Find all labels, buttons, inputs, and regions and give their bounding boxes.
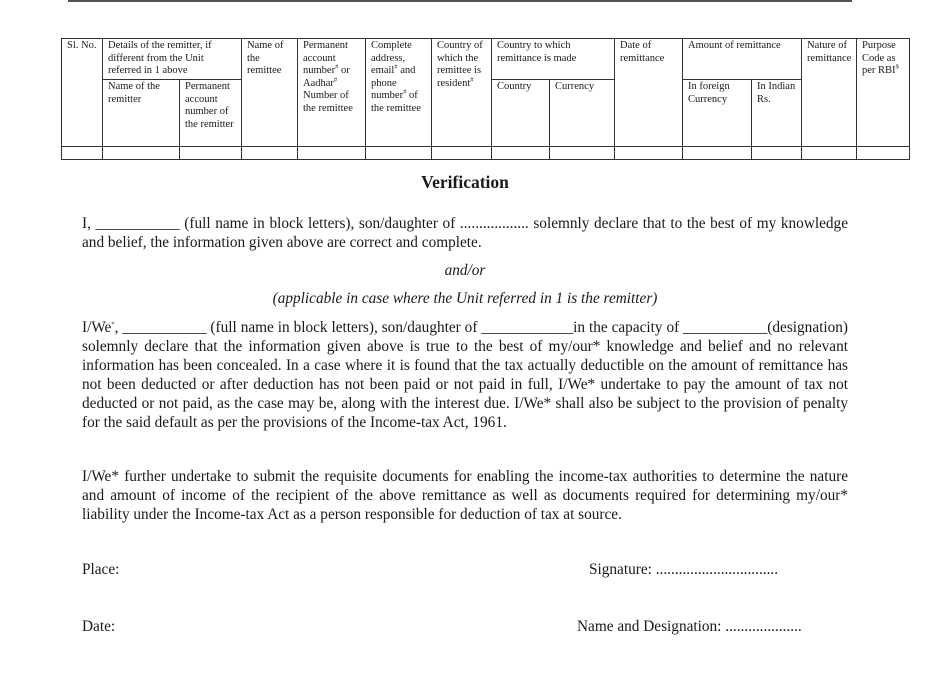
cell-foreign-amount[interactable]: [683, 147, 752, 160]
header-sl-no: Sl. No.: [62, 39, 103, 147]
header-remitter-details: Details of the remitter, if different fr…: [103, 39, 242, 80]
header-country: Country: [492, 80, 550, 147]
date-label: Date:: [82, 618, 115, 636]
applicable-note: (applicable in case where the Unit refer…: [0, 290, 930, 308]
cell-remittee-pan[interactable]: [298, 147, 366, 160]
header-remittee-address: Complete address, email# and phone numbe…: [366, 39, 432, 147]
cell-date[interactable]: [615, 147, 683, 160]
header-currency: Currency: [550, 80, 615, 147]
cell-resident-country[interactable]: [432, 147, 492, 160]
cell-nature[interactable]: [802, 147, 857, 160]
cell-indian-amount[interactable]: [752, 147, 802, 160]
header-nature: Nature of remittance: [802, 39, 857, 147]
verification-title: Verification: [0, 172, 930, 193]
header-remitter-name: Name of the remitter: [103, 80, 180, 147]
header-purpose-code: Purpose Code as per RBI$: [857, 39, 910, 147]
declaration-paragraph-unit: I/We*, ___________ (full name in block l…: [82, 318, 848, 432]
cell-currency[interactable]: [550, 147, 615, 160]
signature-field[interactable]: Signature: .............................…: [589, 561, 778, 579]
declaration-paragraph-individual: I, ___________ (full name in block lette…: [82, 214, 848, 252]
header-remitter-pan: Permanent account number of the remitter: [180, 80, 242, 147]
header-date: Date of remittance: [615, 39, 683, 147]
cell-remittee-address[interactable]: [366, 147, 432, 160]
header-amount: Amount of remittance: [683, 39, 802, 80]
table-row: [62, 147, 910, 160]
header-resident-country: Country of which the remittee is residen…: [432, 39, 492, 147]
cell-remitter-name[interactable]: [103, 147, 180, 160]
cell-country[interactable]: [492, 147, 550, 160]
cell-remitter-pan[interactable]: [180, 147, 242, 160]
top-rule: [68, 0, 852, 2]
and-or-label: and/or: [0, 262, 930, 280]
header-foreign-currency: In foreign Currency: [683, 80, 752, 147]
cell-remittee-name[interactable]: [242, 147, 298, 160]
header-country-to: Country to which remittance is made: [492, 39, 615, 80]
name-designation-field[interactable]: Name and Designation: ..................…: [577, 618, 802, 636]
header-remittee-name: Name of the remittee: [242, 39, 298, 147]
header-remittee-pan: Permanent account number# or Aadhar# Num…: [298, 39, 366, 147]
cell-purpose-code[interactable]: [857, 147, 910, 160]
undertaking-paragraph: I/We* further undertake to submit the re…: [82, 467, 848, 524]
remittance-table: Sl. No. Details of the remitter, if diff…: [61, 38, 910, 160]
header-indian-rs: In Indian Rs.: [752, 80, 802, 147]
place-label: Place:: [82, 561, 119, 579]
cell-sl-no[interactable]: [62, 147, 103, 160]
